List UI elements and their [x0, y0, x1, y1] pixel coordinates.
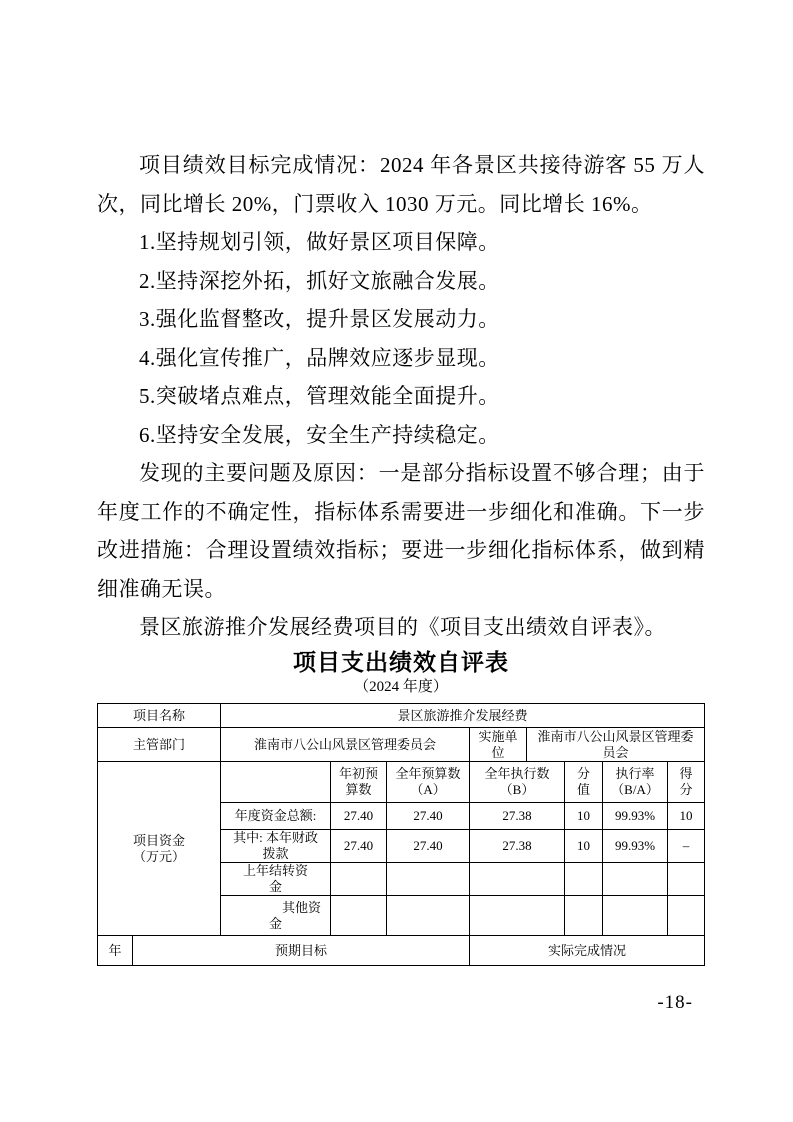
header-score: 得 分	[668, 762, 705, 803]
funds-section-label: 项目资金 （万元）	[98, 762, 221, 936]
fund-row-label: 年度资金总额:	[221, 803, 331, 830]
fund-cell	[668, 896, 705, 936]
fund-cell	[387, 896, 470, 936]
fund-cell: 10	[668, 803, 705, 830]
fund-cell: 27.38	[470, 830, 565, 863]
fund-cell: 27.40	[331, 830, 387, 863]
fund-cell	[331, 896, 387, 936]
fund-row-label: 上年结转资 金	[221, 863, 331, 896]
document-page: 项目绩效目标完成情况：2024 年各景区共接待游客 55 万人次，同比增长 20…	[0, 0, 793, 1122]
table-title: 项目支出绩效自评表	[97, 649, 705, 676]
fund-row-label: 其他资 金	[221, 896, 331, 936]
fund-cell: 99.93%	[603, 830, 668, 863]
header-annual-budget: 全年预算数 （A）	[387, 762, 470, 803]
fund-cell	[603, 896, 668, 936]
paragraph-item-6: 6.坚持安全发展，安全生产持续稳定。	[97, 416, 705, 455]
self-evaluation-table: 项目名称 景区旅游推介发展经费 主管部门 淮南市八公山风景区管理委员会 实施单 …	[97, 703, 705, 966]
dept-label: 主管部门	[98, 728, 221, 762]
table-row: 项目名称 景区旅游推介发展经费	[98, 704, 705, 728]
fund-cell: 27.40	[387, 830, 470, 863]
empty-cell	[221, 762, 331, 803]
fund-row-label: 其中: 本年财政 拨款	[221, 830, 331, 863]
actual-completion-header: 实际完成情况	[470, 936, 705, 966]
impl-unit-value: 淮南市八公山风景区管理委 员会	[527, 728, 705, 762]
year-label: 年	[98, 936, 133, 966]
fund-cell	[470, 896, 565, 936]
paragraph-item-2: 2.坚持深挖外拓，抓好文旅融合发展。	[97, 262, 705, 301]
fund-cell	[470, 863, 565, 896]
table-row: 项目资金 （万元） 年初预 算数 全年预算数 （A） 全年执行数 （B） 分 值…	[98, 762, 705, 803]
fund-cell: 10	[565, 830, 603, 863]
table-row: 主管部门 淮南市八公山风景区管理委员会 实施单 位 淮南市八公山风景区管理委 员…	[98, 728, 705, 762]
paragraph-performance-summary: 项目绩效目标完成情况：2024 年各景区共接待游客 55 万人次，同比增长 20…	[97, 146, 705, 223]
fund-cell: 10	[565, 803, 603, 830]
header-weight: 分 值	[565, 762, 603, 803]
page-number: -18-	[657, 992, 693, 1014]
header-initial-budget: 年初预 算数	[331, 762, 387, 803]
paragraph-item-1: 1.坚持规划引领，做好景区项目保障。	[97, 223, 705, 262]
dept-value: 淮南市八公山风景区管理委员会	[221, 728, 470, 762]
fund-cell	[565, 863, 603, 896]
expected-goal-header: 预期目标	[133, 936, 470, 966]
fund-cell: 27.40	[387, 803, 470, 830]
fund-cell	[668, 863, 705, 896]
table-subtitle: （2024 年度）	[97, 678, 705, 696]
impl-unit-label: 实施单 位	[470, 728, 527, 762]
fund-cell	[603, 863, 668, 896]
fund-cell: 99.93%	[603, 803, 668, 830]
paragraph-item-5: 5.突破堵点难点，管理效能全面提升。	[97, 377, 705, 416]
fund-cell	[565, 896, 603, 936]
table-row: 年 预期目标 实际完成情况	[98, 936, 705, 966]
header-exec-rate: 执行率 （B/A）	[603, 762, 668, 803]
body-text-block: 项目绩效目标完成情况：2024 年各景区共接待游客 55 万人次，同比增长 20…	[97, 146, 705, 647]
document-content: 项目绩效目标完成情况：2024 年各景区共接待游客 55 万人次，同比增长 20…	[97, 146, 705, 966]
paragraph-problems: 发现的主要问题及原因：一是部分指标设置不够合理；由于年度工作的不确定性，指标体系…	[97, 454, 705, 608]
fund-cell: –	[668, 830, 705, 863]
header-annual-exec: 全年执行数 （B）	[470, 762, 565, 803]
paragraph-item-3: 3.强化监督整改，提升景区发展动力。	[97, 300, 705, 339]
paragraph-item-4: 4.强化宣传推广，品牌效应逐步显现。	[97, 339, 705, 378]
fund-cell: 27.38	[470, 803, 565, 830]
fund-cell: 27.40	[331, 803, 387, 830]
fund-cell	[387, 863, 470, 896]
project-name-value: 景区旅游推介发展经费	[221, 704, 705, 728]
fund-cell	[331, 863, 387, 896]
project-name-label: 项目名称	[98, 704, 221, 728]
paragraph-table-intro: 景区旅游推介发展经费项目的《项目支出绩效自评表》。	[97, 608, 705, 647]
